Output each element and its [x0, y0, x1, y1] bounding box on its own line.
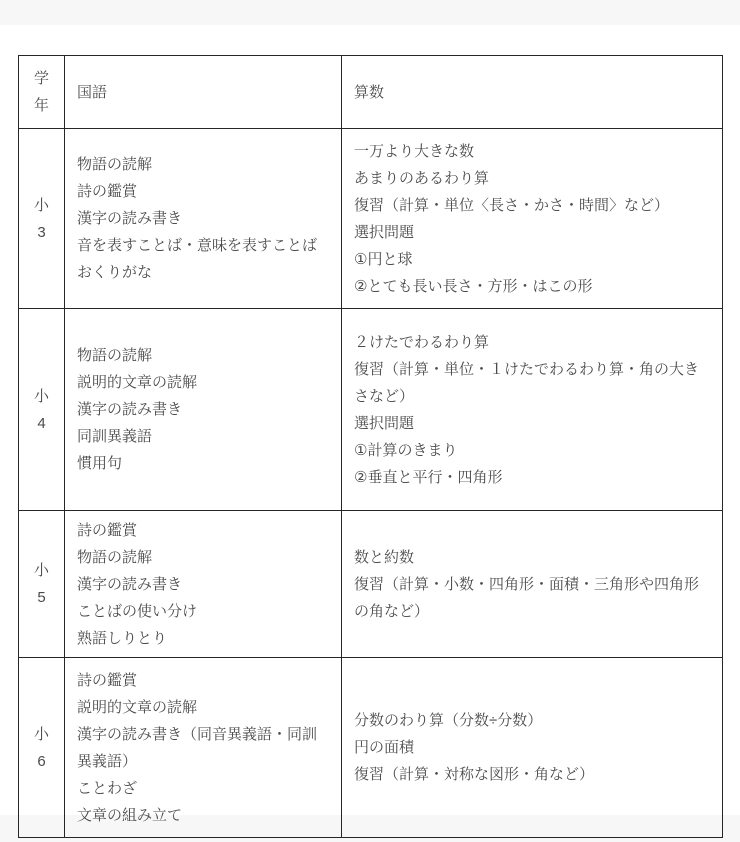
header-kokugo: 国語: [65, 56, 342, 129]
header-grade: 学年: [19, 56, 65, 129]
sansu-cell: ２けたでわるわり算 復習（計算・単位・１けたでわるわり算・角の大きさなど） 選択…: [342, 309, 723, 511]
curriculum-table: 学年 国語 算数 小3 物語の読解 詩の鑑賞 漢字の読み書き 音を表すことば・意…: [18, 55, 723, 838]
header-sansu: 算数: [342, 56, 723, 129]
grade-cell: 小5: [19, 511, 65, 658]
table-header-row: 学年 国語 算数: [19, 56, 723, 129]
kokugo-cell: 物語の読解 説明的文章の読解 漢字の読み書き 同訓異義語 慣用句: [65, 309, 342, 511]
page: { "colors": { "page_background": "#f7f7f…: [0, 0, 740, 842]
kokugo-cell: 物語の読解 詩の鑑賞 漢字の読み書き 音を表すことば・意味を表すことば おくりが…: [65, 129, 342, 309]
table-row: 小4 物語の読解 説明的文章の読解 漢字の読み書き 同訓異義語 慣用句 ２けたで…: [19, 309, 723, 511]
grade-cell: 小6: [19, 658, 65, 838]
sansu-cell: 分数のわり算（分数÷分数） 円の面積 復習（計算・対称な図形・角など）: [342, 658, 723, 838]
sansu-cell: 数と約数 復習（計算・小数・四角形・面積・三角形や四角形の角など）: [342, 511, 723, 658]
table-row: 小3 物語の読解 詩の鑑賞 漢字の読み書き 音を表すことば・意味を表すことば お…: [19, 129, 723, 309]
kokugo-cell: 詩の鑑賞 説明的文章の読解 漢字の読み書き（同音異義語・同訓異義語） ことわざ …: [65, 658, 342, 838]
table-row: 小5 詩の鑑賞 物語の読解 漢字の読み書き ことばの使い分け 熟語しりとり 数と…: [19, 511, 723, 658]
grade-cell: 小4: [19, 309, 65, 511]
sansu-cell: 一万より大きな数 あまりのあるわり算 復習（計算・単位〈長さ・かさ・時間〉など）…: [342, 129, 723, 309]
article-sheet: 学年 国語 算数 小3 物語の読解 詩の鑑賞 漢字の読み書き 音を表すことば・意…: [0, 25, 740, 815]
grade-cell: 小3: [19, 129, 65, 309]
table-row: 小6 詩の鑑賞 説明的文章の読解 漢字の読み書き（同音異義語・同訓異義語） こと…: [19, 658, 723, 838]
kokugo-cell: 詩の鑑賞 物語の読解 漢字の読み書き ことばの使い分け 熟語しりとり: [65, 511, 342, 658]
